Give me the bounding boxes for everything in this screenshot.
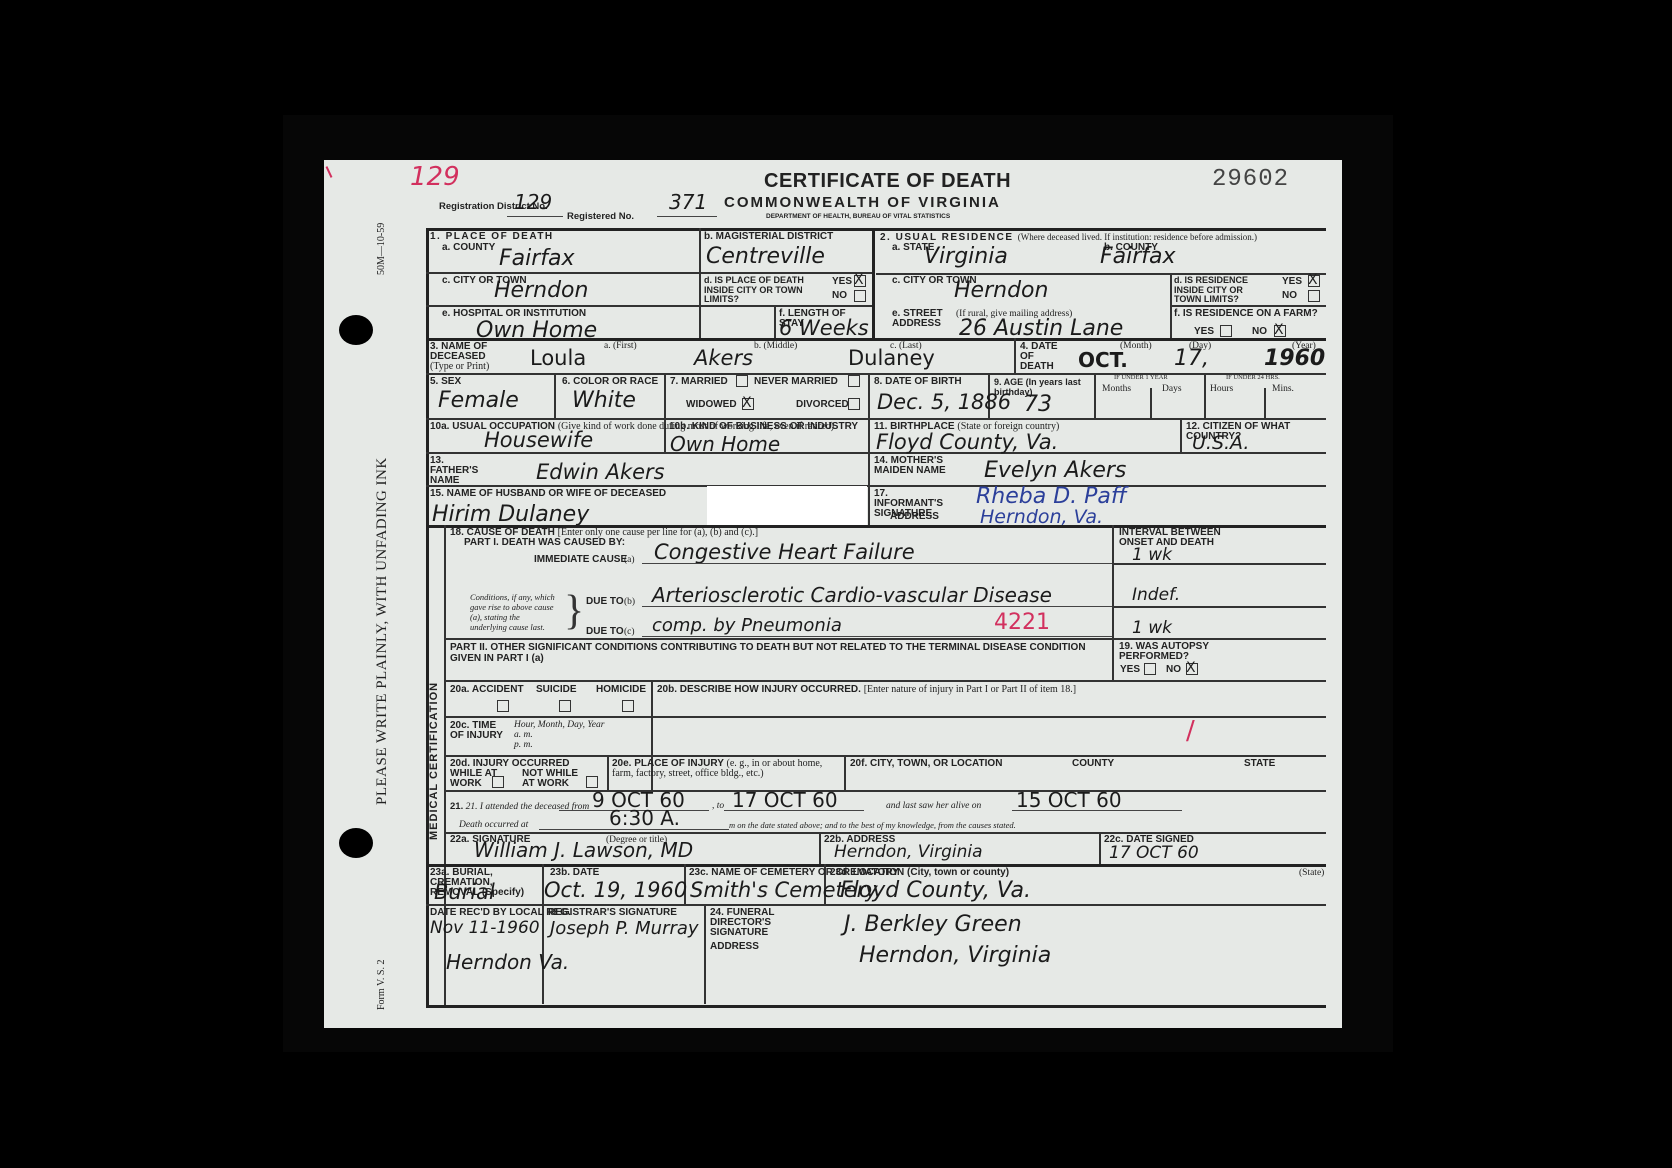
last-saw-value: 15 OCT 60 bbox=[1016, 788, 1122, 812]
red-tick-mark bbox=[326, 166, 333, 178]
stay-value: 6 Weeks bbox=[779, 316, 869, 340]
burial-type-value: Burial bbox=[434, 880, 495, 904]
days-label: Days bbox=[1162, 384, 1182, 394]
under-1-year-label: IF UNDER 1 YEAR bbox=[1114, 374, 1168, 381]
inside-limits-no-checkbox[interactable] bbox=[854, 290, 866, 302]
burial-date-value: Oct. 19, 1960 bbox=[544, 878, 687, 902]
mother-value: Evelyn Akers bbox=[984, 458, 1126, 483]
magisterial-value: Centreville bbox=[706, 244, 825, 269]
father-label: 13. FATHER'S NAME bbox=[430, 456, 490, 486]
to-label: , to bbox=[712, 801, 724, 811]
death-month-value: OCT. bbox=[1078, 348, 1128, 372]
am-label: a. m. bbox=[514, 730, 533, 740]
business-value: Own Home bbox=[670, 432, 780, 456]
autopsy-label: 19. WAS AUTOPSY PERFORMED? bbox=[1119, 642, 1239, 662]
no-label: NO bbox=[832, 291, 847, 301]
time-of-injury-label: 20c. TIME OF INJURY bbox=[450, 721, 510, 741]
death-time-value: 6:30 A. bbox=[609, 806, 680, 830]
registrar-signature-label: REGISTRAR'S SIGNATURE bbox=[548, 908, 677, 918]
burial-location-label: 23d. LOCATION (City, town or county) bbox=[830, 868, 1009, 878]
place-of-death-label: 1. PLACE OF DEATH bbox=[430, 232, 554, 242]
due-to-b-label: DUE TO bbox=[586, 597, 624, 607]
spouse-value: Hirim Dulaney bbox=[432, 502, 589, 527]
magisterial-label: b. MAGISTERIAL DISTRICT bbox=[704, 232, 833, 242]
not-at-work-checkbox[interactable] bbox=[586, 776, 598, 788]
last-name-value: Dulaney bbox=[848, 346, 935, 370]
no-label: NO bbox=[1252, 327, 1267, 337]
death-city-value: Herndon bbox=[494, 278, 588, 303]
injury-county-label: COUNTY bbox=[1072, 759, 1114, 769]
dob-value: Dec. 5, 1886 bbox=[877, 390, 1011, 414]
autopsy-yes-checkbox[interactable] bbox=[1144, 663, 1156, 675]
funeral-director-signature: J. Berkley Green bbox=[844, 912, 1022, 937]
certificate-title: CERTIFICATE OF DEATH bbox=[764, 170, 1011, 193]
widowed-checkbox[interactable] bbox=[742, 398, 754, 410]
ink-instruction: PLEASE WRITE PLAINLY, WITH UNFADING INK bbox=[374, 457, 391, 805]
hospital-value: Own Home bbox=[476, 318, 597, 343]
registered-no-value: 371 bbox=[669, 190, 707, 214]
part2-label: PART II. OTHER SIGNIFICANT CONDITIONS CO… bbox=[450, 642, 1100, 664]
occupation-value: Housewife bbox=[484, 428, 593, 452]
punch-hole-top bbox=[339, 315, 373, 345]
under-24-label: IF UNDER 24 HRS. bbox=[1226, 374, 1280, 381]
punch-hole-bottom bbox=[339, 828, 373, 858]
autopsy-no-label: NO bbox=[1166, 665, 1181, 675]
sex-value: Female bbox=[438, 388, 519, 413]
a-marker: (a) bbox=[624, 555, 635, 565]
burial-state-label: (State) bbox=[1299, 868, 1324, 878]
death-occurred-label: Death occurred at bbox=[459, 820, 528, 830]
interval-b-value: Indef. bbox=[1132, 585, 1180, 605]
married-label: 7. MARRIED bbox=[670, 377, 728, 387]
never-married-checkbox[interactable] bbox=[848, 375, 860, 387]
certificate-number: 29602 bbox=[1212, 166, 1289, 193]
due-to-c-value: comp. by Pneumonia bbox=[652, 615, 842, 636]
yes-label: YES bbox=[1194, 327, 1214, 337]
while-at-work-checkbox[interactable] bbox=[492, 776, 504, 788]
accident-checkbox[interactable] bbox=[497, 700, 509, 712]
c-marker: (c) bbox=[624, 627, 635, 637]
burial-location-value: Floyd County, Va. bbox=[840, 878, 1031, 903]
redacted-field bbox=[707, 486, 867, 526]
county-label: a. COUNTY bbox=[442, 243, 495, 253]
first-name-label: a. (First) bbox=[604, 341, 637, 351]
no-label: NO bbox=[1282, 291, 1297, 301]
medical-certification-label: MEDICAL CERTIFICATION bbox=[428, 682, 440, 840]
suicide-label: SUICIDE bbox=[536, 685, 577, 695]
middle-name-value: Akers bbox=[694, 346, 753, 370]
attended-to-value: 17 OCT 60 bbox=[732, 788, 838, 812]
race-value: White bbox=[572, 388, 636, 413]
race-label: 6. COLOR OR RACE bbox=[562, 377, 658, 387]
never-married-label: NEVER MARRIED bbox=[754, 377, 838, 387]
registered-no-label: Registered No. bbox=[567, 212, 634, 222]
form-code: 50M—10-59 bbox=[376, 223, 387, 275]
death-day-value: 17, bbox=[1174, 346, 1209, 371]
due-to-c-label: DUE TO bbox=[586, 627, 624, 637]
yes-label: YES bbox=[832, 277, 852, 287]
injury-state-label: STATE bbox=[1244, 759, 1275, 769]
describe-injury-label: 20b. DESCRIBE HOW INJURY OCCURRED. [Ente… bbox=[657, 685, 1076, 695]
funeral-address-value: Herndon, Virginia bbox=[859, 943, 1051, 968]
inside-limits-yes-checkbox[interactable] bbox=[854, 275, 866, 287]
sex-label: 5. SEX bbox=[430, 377, 461, 387]
farm-label: f. IS RESIDENCE ON A FARM? bbox=[1174, 309, 1318, 319]
mother-label: 14. MOTHER'S MAIDEN NAME bbox=[874, 456, 974, 476]
hours-label: Hours bbox=[1210, 384, 1233, 394]
certificate-subtitle: COMMONWEALTH OF VIRGINIA bbox=[724, 194, 1001, 211]
spouse-label: 15. NAME OF HUSBAND OR WIFE OF DECEASED bbox=[430, 489, 666, 499]
farm-yes-checkbox[interactable] bbox=[1220, 325, 1232, 337]
inside-limits-label: d. IS PLACE OF DEATH INSIDE CITY OR TOWN… bbox=[704, 276, 819, 305]
immediate-cause-label: IMMEDIATE CAUSE bbox=[534, 555, 627, 565]
death-county-value: Fairfax bbox=[499, 246, 575, 271]
death-year-value: 1960 bbox=[1264, 346, 1325, 371]
date-received-value: Nov 11-1960 bbox=[430, 918, 540, 938]
red-cause-code: 4221 bbox=[994, 610, 1050, 635]
interval-c-value: 1 wk bbox=[1132, 618, 1172, 638]
residence-limits-yes-checkbox[interactable] bbox=[1308, 275, 1320, 287]
farm-no-checkbox[interactable] bbox=[1274, 325, 1286, 337]
citizen-value: U.S.A. bbox=[1192, 432, 1249, 454]
deceased-name-label: 3. NAME OF DECEASED(Type or Print) bbox=[430, 342, 490, 372]
physician-signature: William J. Lawson, MD bbox=[474, 838, 693, 862]
death-occurred-tail: m on the date stated above; and to the b… bbox=[729, 820, 1016, 830]
immediate-cause-value: Congestive Heart Failure bbox=[654, 540, 915, 564]
funeral-director-label: 24. FUNERAL DIRECTOR'S SIGNATURE bbox=[710, 908, 810, 938]
residence-label: 2. USUAL RESIDENCE (Where deceased lived… bbox=[880, 232, 1257, 243]
pm-label: p. m. bbox=[514, 740, 533, 750]
b-marker: (b) bbox=[624, 597, 635, 607]
brace: } bbox=[564, 590, 584, 632]
suicide-checkbox[interactable] bbox=[559, 700, 571, 712]
residence-county-value: Fairfax bbox=[1100, 244, 1176, 269]
red-mark: / bbox=[1186, 716, 1195, 746]
death-certificate: 50M—10-59 PLEASE WRITE PLAINLY, WITH UNF… bbox=[324, 160, 1342, 1028]
part1-label: PART I. DEATH WAS CAUSED BY: bbox=[464, 538, 625, 548]
registrar-signature: Joseph P. Murray bbox=[550, 918, 699, 939]
birthplace-value: Floyd County, Va. bbox=[876, 430, 1058, 454]
funeral-address-label: ADDRESS bbox=[710, 942, 759, 952]
residence-limits-no-checkbox[interactable] bbox=[1308, 290, 1320, 302]
department-line: DEPARTMENT OF HEALTH, BUREAU OF VITAL ST… bbox=[766, 213, 950, 220]
physician-address-value: Herndon, Virginia bbox=[834, 842, 983, 862]
registration-district-value: 129 bbox=[514, 190, 552, 214]
months-label: Months bbox=[1102, 384, 1131, 394]
last-saw-label: and last saw her alive on bbox=[886, 801, 981, 811]
residence-state-value: Virginia bbox=[924, 244, 1008, 269]
registrar-place-value: Herndon Va. bbox=[446, 950, 569, 974]
autopsy-yes-label: YES bbox=[1120, 665, 1140, 675]
due-to-b-value: Arteriosclerotic Cardio-vascular Disease bbox=[652, 583, 1052, 607]
date-signed-value: 17 OCT 60 bbox=[1109, 843, 1199, 863]
burial-date-label: 23b. DATE bbox=[550, 868, 599, 878]
autopsy-no-checkbox[interactable] bbox=[1186, 663, 1198, 675]
homicide-label: HOMICIDE bbox=[596, 685, 646, 695]
first-name-value: Loula bbox=[530, 346, 586, 370]
married-checkbox[interactable] bbox=[736, 375, 748, 387]
residence-limits-label: d. IS RESIDENCE INSIDE CITY OR TOWN LIMI… bbox=[1174, 276, 1269, 305]
age-value: 73 bbox=[1024, 392, 1052, 417]
residence-city-value: Herndon bbox=[954, 278, 1048, 303]
mins-label: Mins. bbox=[1272, 384, 1294, 394]
dob-label: 8. DATE OF BIRTH bbox=[874, 377, 962, 387]
homicide-checkbox[interactable] bbox=[622, 700, 634, 712]
injury-city-label: 20f. CITY, TOWN, OR LOCATION bbox=[850, 759, 1002, 769]
middle-name-label: b. (Middle) bbox=[754, 341, 797, 351]
street-value: 26 Austin Lane bbox=[959, 316, 1123, 341]
street-label: e. STREET ADDRESS bbox=[892, 309, 952, 329]
injury-type-label: 20a. ACCIDENT bbox=[450, 685, 524, 695]
time-note: Hour, Month, Day, Year bbox=[514, 720, 604, 730]
not-at-work-label: NOT WHILE AT WORK bbox=[522, 769, 582, 789]
interval-a-value: 1 wk bbox=[1132, 545, 1172, 565]
divorced-checkbox[interactable] bbox=[848, 398, 860, 410]
place-of-injury-label: 20e. PLACE OF INJURY (e. g., in or about… bbox=[612, 759, 842, 779]
informant-address-label: ADDRESS bbox=[890, 512, 939, 522]
red-annotation: 129 bbox=[410, 162, 460, 192]
form-id: Form V. S. 2 bbox=[376, 960, 387, 1010]
father-value: Edwin Akers bbox=[536, 460, 665, 484]
date-of-death-label: 4. DATE OF DEATH bbox=[1020, 342, 1070, 372]
conditions-note: Conditions, if any, which gave rise to a… bbox=[470, 592, 558, 632]
yes-label: YES bbox=[1282, 277, 1302, 287]
widowed-label: WIDOWED bbox=[686, 400, 737, 410]
divorced-label: DIVORCED bbox=[796, 400, 849, 410]
business-label: 10b. KIND OF BUSINESS OR INDUSTRY bbox=[669, 422, 858, 432]
